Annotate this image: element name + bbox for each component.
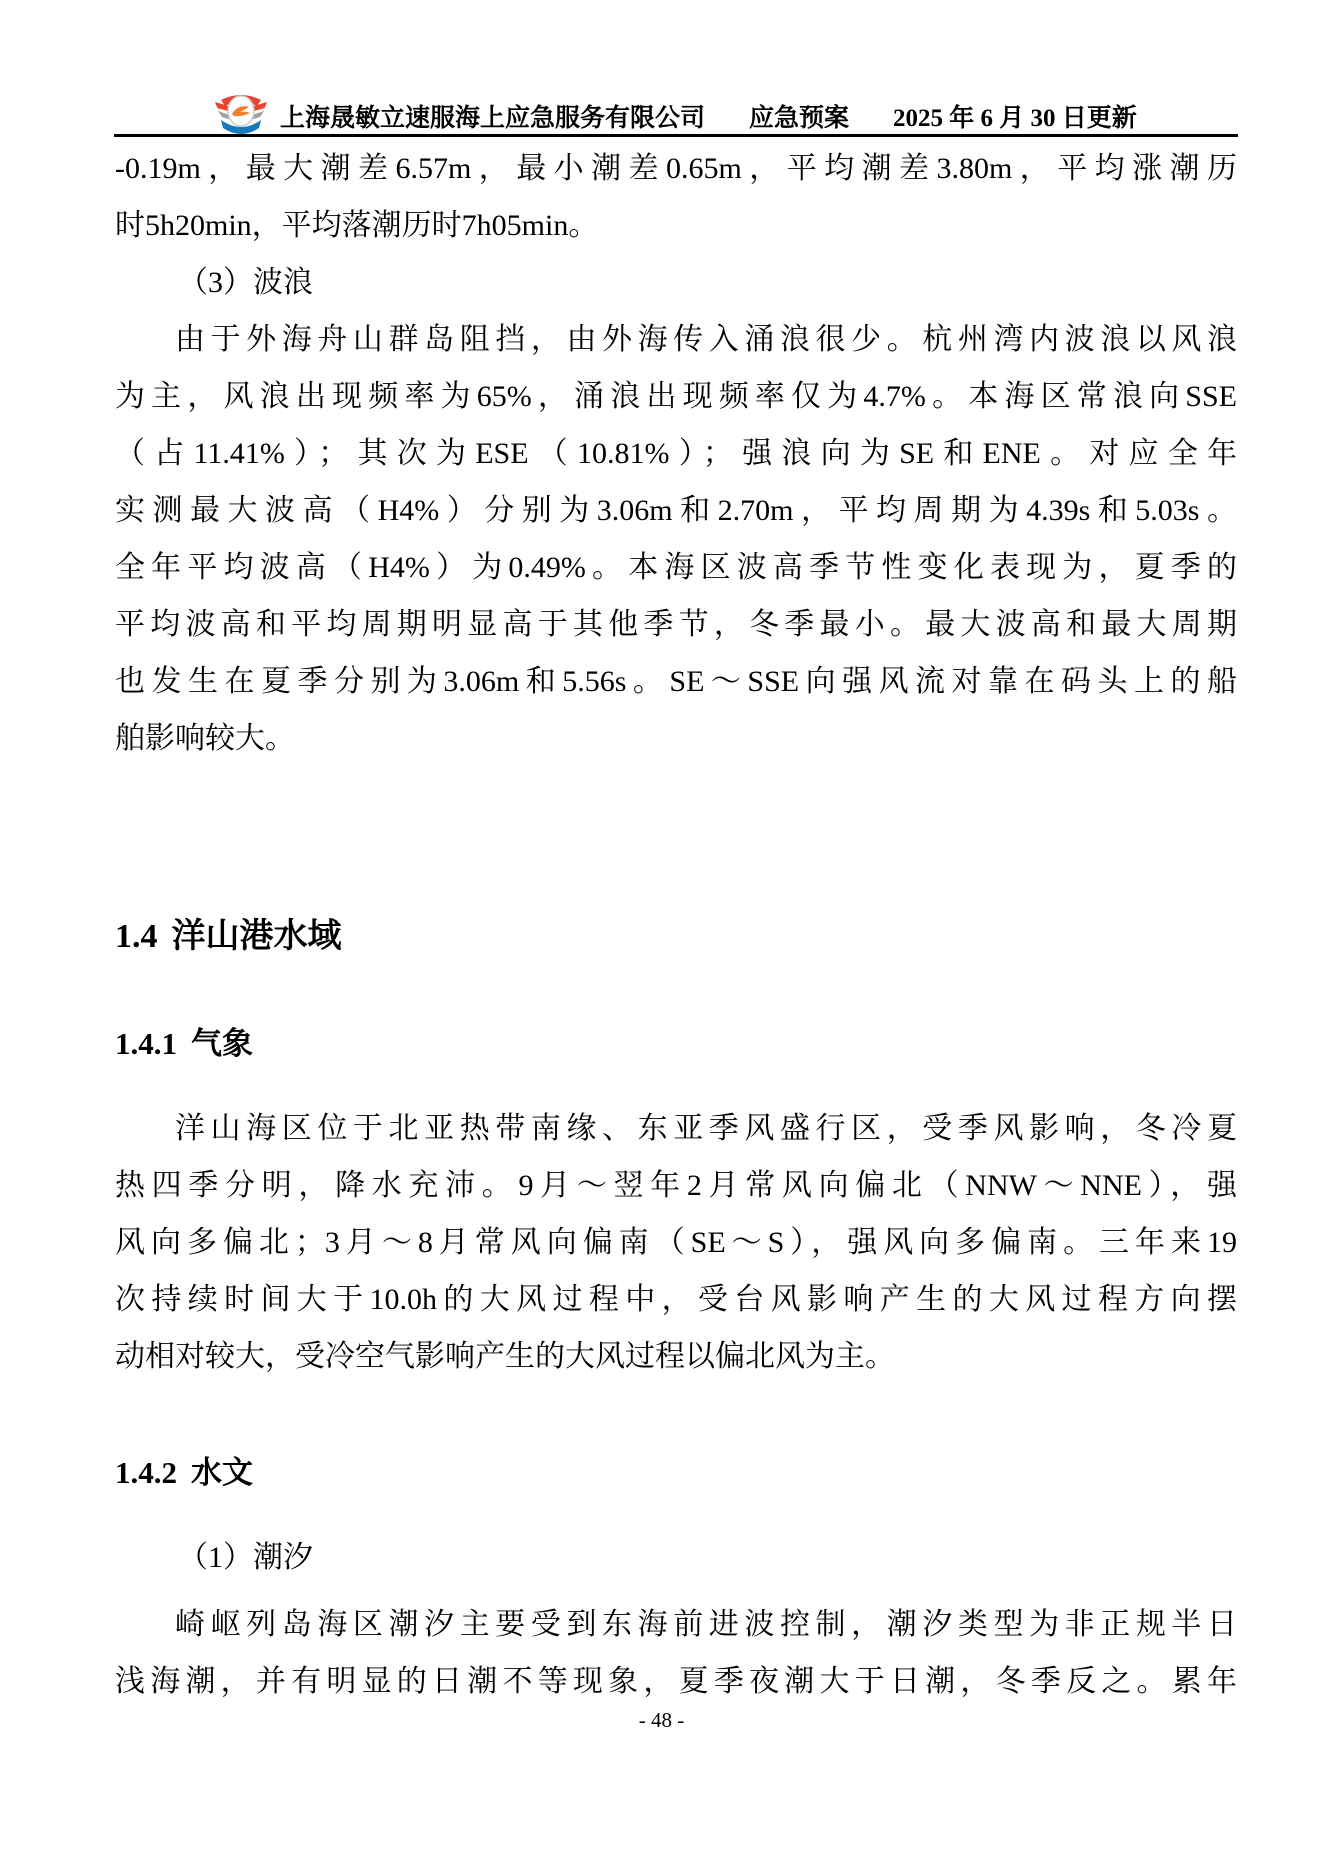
page-number: - 48 -: [639, 1708, 685, 1732]
paragraph-line: 平均波高和平均周期明显高于其他季节，冬季最小。最大波高和最大周期: [115, 596, 1237, 653]
paragraph-wave: 由于外海舟山群岛阻挡，由外海传入涌浪很少。杭州湾内波浪以风浪 为主，风浪出现频率…: [115, 311, 1237, 767]
section-heading-1-4-1: 1.4.1气象: [115, 1018, 1237, 1070]
paragraph-line: 风向多偏北；3月～8月常风向偏南（SE～S），强风向多偏南。三年来19: [115, 1214, 1237, 1271]
company-logo-icon: [213, 86, 269, 140]
header-company-name: 上海晟敏立速服海上应急服务有限公司: [280, 98, 705, 134]
header-doc-label: 应急预案: [749, 98, 849, 134]
paragraph-line: 也发生在夏季分别为3.06m和5.56s。SE～SSE向强风流对靠在码头上的船: [115, 653, 1237, 710]
header-divider: [114, 134, 1238, 137]
paragraph-line: 洋山海区位于北亚热带南缘、东亚季风盛行区，受季风影响，冬冷夏: [115, 1100, 1237, 1157]
section-number: 1.4.1: [115, 1026, 177, 1061]
list-item-tide-label: （1）潮汐: [115, 1529, 1237, 1586]
paragraph-line: 实测最大波高（H4%）分别为3.06m和2.70m，平均周期为4.39s和5.0…: [115, 482, 1237, 539]
document-body: -0.19m，最大潮差6.57m，最小潮差0.65m，平均潮差3.80m，平均涨…: [115, 140, 1237, 1710]
header-update-date: 2025 年 6 月 30 日更新: [893, 98, 1137, 134]
paragraph-qiqu-tide: 崎岖列岛海区潮汐主要受到东海前进波控制，潮汐类型为非正规半日 浅海潮，并有明显的…: [115, 1596, 1237, 1710]
section-title: 洋山港水域: [172, 917, 342, 955]
paragraph-line: 为主，风浪出现频率为65%，涌浪出现频率仅为4.7%。本海区常浪向SSE: [115, 368, 1237, 425]
paragraph-line: -0.19m，最大潮差6.57m，最小潮差0.65m，平均潮差3.80m，平均涨…: [115, 140, 1237, 197]
paragraph-line: 浅海潮，并有明显的日潮不等现象，夏季夜潮大于日潮，冬季反之。累年: [115, 1653, 1237, 1710]
paragraph-line: 次持续时间大于10.0h的大风过程中，受台风影响产生的大风过程方向摆: [115, 1271, 1237, 1328]
paragraph-line: 崎岖列岛海区潮汐主要受到东海前进波控制，潮汐类型为非正规半日: [115, 1596, 1237, 1653]
paragraph-tide-stats: -0.19m，最大潮差6.57m，最小潮差0.65m，平均潮差3.80m，平均涨…: [115, 140, 1237, 254]
paragraph-line: 时5h20min，平均落潮历时7h05min。: [115, 197, 1237, 254]
paragraph-line: 全年平均波高（H4%）为0.49%。本海区波高季节性变化表现为，夏季的: [115, 539, 1237, 596]
section-number: 1.4.2: [115, 1455, 177, 1490]
section-title: 气象: [191, 1026, 253, 1061]
section-heading-1-4-2: 1.4.2水文: [115, 1447, 1237, 1499]
paragraph-weather: 洋山海区位于北亚热带南缘、东亚季风盛行区，受季风影响，冬冷夏 热四季分明，降水充…: [115, 1100, 1237, 1385]
document-page: 上海晟敏立速服海上应急服务有限公司 应急预案 2025 年 6 月 30 日更新…: [0, 0, 1323, 1871]
paragraph-line: 由于外海舟山群岛阻挡，由外海传入涌浪很少。杭州湾内波浪以风浪: [115, 311, 1237, 368]
section-title: 水文: [191, 1455, 253, 1490]
section-number: 1.4: [115, 918, 158, 955]
paragraph-line: 舶影响较大。: [115, 710, 1237, 767]
paragraph-line: 动相对较大，受冷空气影响产生的大风过程以偏北风为主。: [115, 1328, 1237, 1385]
paragraph-line: （占11.41%）；其次为ESE（10.81%）；强浪向为SE和ENE。对应全年: [115, 425, 1237, 482]
page-footer: - 48 -: [0, 1708, 1323, 1733]
paragraph-line: 热四季分明，降水充沛。9月～翌年2月常风向偏北（NNW～NNE），强: [115, 1157, 1237, 1214]
section-heading-1-4: 1.4洋山港水域: [115, 907, 1237, 966]
list-item-wave-label: （3）波浪: [115, 254, 1237, 311]
